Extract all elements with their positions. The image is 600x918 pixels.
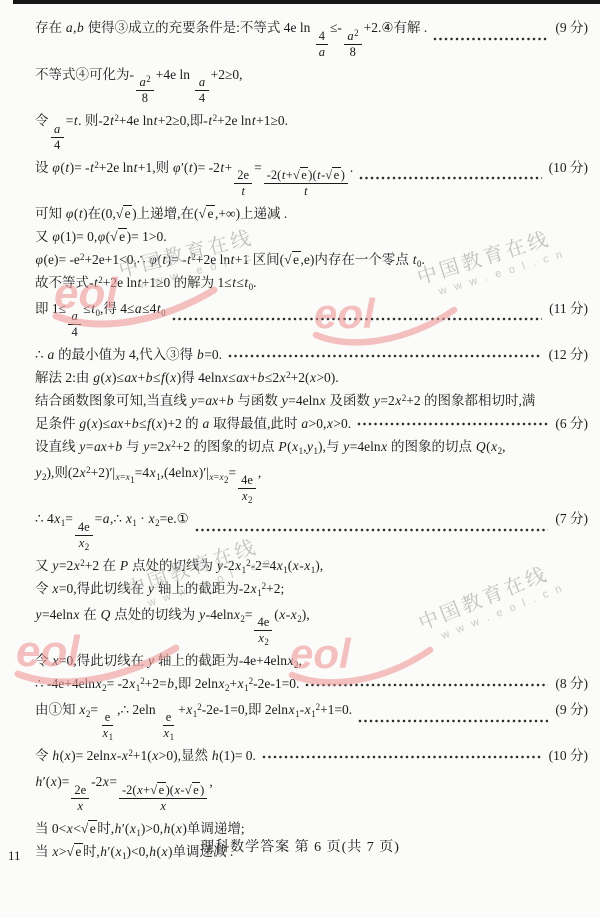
math-text: 又 y=2x2+2 在 P 点处的切线为 y-2x12-2=4x1(x-x1), bbox=[35, 556, 323, 577]
dot-leader bbox=[359, 176, 541, 180]
math-text: ∴ 4x1=4ex2=a,∴ x1 · x2=e.① bbox=[35, 509, 189, 551]
math-text: 令 x=0,得此切线在 y 轴上的截距为-4e+4elnx2, bbox=[35, 651, 302, 672]
score-label: (11 分) bbox=[549, 299, 588, 320]
content-line-10: ∴ a 的最小值为 4,代入③得 b=0.(12 分) bbox=[35, 345, 588, 366]
math-text: 设 φ(t)= -t2+2e lnt+1,则 φ′(t)= -2t+2et=-2… bbox=[35, 158, 353, 200]
math-text: 足条件 g(x)≤ax+b≤f(x)+2 的 a 取得最值,此时 a>0,x>0… bbox=[35, 414, 351, 435]
content-line-23: 令 h(x)= 2elnx-x2+1(x>0),显然 h(1)= 0.(10 分… bbox=[35, 746, 588, 767]
math-text: 设直线 y=ax+b 与 y=2x2+2 的图象的切点 P(x1,y1),与 y… bbox=[35, 437, 505, 458]
score-label: (6 分) bbox=[555, 414, 588, 435]
content-line-4: 设 φ(t)= -t2+2e lnt+1,则 φ′(t)= -2t+2et=-2… bbox=[35, 158, 588, 200]
math-text: 解法 2:由 g(x)≤ax+b≤f(x)得 4elnx≤ax+b≤2x2+2(… bbox=[35, 368, 339, 389]
content-line-20: 令 x=0,得此切线在 y 轴上的截距为-4e+4elnx2, bbox=[35, 651, 588, 672]
score-label: (12 分) bbox=[549, 345, 588, 366]
math-text: h′(x)=2ex-2x=-2(x+√e)(x-√e)x, bbox=[35, 772, 213, 814]
content-line-22: 由①知 x2=ex1,∴ 2eln ex1+x12-2e-1=0,即 2elnx… bbox=[35, 700, 588, 742]
score-label: (9 分) bbox=[555, 700, 588, 721]
content-line-13: 足条件 g(x)≤ax+b≤f(x)+2 的 a 取得最值,此时 a>0,x>0… bbox=[35, 414, 588, 435]
math-text: 故不等式-t2+2e lnt+1≥0 的解为 1≤t≤t0. bbox=[35, 273, 257, 294]
score-label: (9 分) bbox=[555, 18, 588, 39]
math-text: ∴ a 的最小值为 4,代入③得 b=0. bbox=[35, 345, 222, 366]
math-text: 令 h(x)= 2elnx-x2+1(x>0),显然 h(1)= 0. bbox=[35, 746, 256, 767]
math-text: 令a4=t. 则-2t2+4e lnt+2≥0,即-t2+2e lnt+1≥0. bbox=[35, 111, 288, 153]
math-text: 不等式④可化为-a28+4e ln a4+2≥0, bbox=[35, 65, 243, 107]
math-text: φ(e)= -e2+2e+1<0,∴ φ(t)= -t2+2e lnt+1 区间… bbox=[35, 250, 425, 271]
content-line-11: 解法 2:由 g(x)≤ax+b≤f(x)得 4elnx≤ax+b≤2x2+2(… bbox=[35, 368, 588, 389]
math-text: y=4elnx 在 Q 点处的切线为 y-4elnx2=4ex2(x-x2), bbox=[35, 605, 310, 647]
content-line-21: ∴ -4e+4elnx2= -2x12+2=b,即 2elnx2+x12-2e-… bbox=[35, 674, 588, 695]
score-label: (10 分) bbox=[549, 158, 588, 179]
math-text: ∴ -4e+4elnx2= -2x12+2=b,即 2elnx2+x12-2e-… bbox=[35, 674, 299, 695]
score-label: (7 分) bbox=[555, 509, 588, 530]
content-line-6: 又 φ(1)= 0,φ(√e)= 1>0. bbox=[35, 227, 588, 248]
score-label: (8 分) bbox=[555, 674, 588, 695]
dot-leader bbox=[172, 317, 543, 321]
content-line-18: 令 x=0,得此切线在 y 轴上的截距为-2x12+2; bbox=[35, 579, 588, 600]
math-text: 又 φ(1)= 0,φ(√e)= 1>0. bbox=[35, 227, 167, 248]
dot-leader bbox=[357, 422, 548, 426]
corner-page-number: 11 bbox=[8, 848, 21, 864]
dot-leader bbox=[262, 755, 542, 759]
content-line-8: 故不等式-t2+2e lnt+1≥0 的解为 1≤t≤t0. bbox=[35, 273, 588, 294]
math-text: 存在 a,b 使得③成立的充要条件是:不等式 4e ln 4a≤-a28+2.④… bbox=[35, 18, 427, 60]
math-text: 可知 φ(t)在(0,√e)上递增,在(√e,+∞)上递减 . bbox=[35, 204, 287, 225]
content-line-3: 令a4=t. 则-2t2+4e lnt+2≥0,即-t2+2e lnt+1≥0. bbox=[35, 111, 588, 153]
content-line-24: h′(x)=2ex-2x=-2(x+√e)(x-√e)x, bbox=[35, 772, 588, 814]
math-text: 即 1≤a4≤t0,得 4≤a≤4t0 bbox=[35, 299, 166, 341]
content-line-16: ∴ 4x1=4ex2=a,∴ x1 · x2=e.①(7 分) bbox=[35, 509, 588, 551]
content-line-15: y2),则(2x2+2)′|x=x1=4x1,(4elnx)′|x=x2=4ex… bbox=[35, 463, 588, 505]
dot-leader bbox=[195, 528, 549, 532]
content-line-5: 可知 φ(t)在(0,√e)上递增,在(√e,+∞)上递减 . bbox=[35, 204, 588, 225]
math-text: y2),则(2x2+2)′|x=x1=4x1,(4elnx)′|x=x2=4ex… bbox=[35, 463, 261, 505]
math-text: 结合函数图象可知,当直线 y=ax+b 与函数 y=4elnx 及函数 y=2x… bbox=[35, 391, 535, 412]
score-label: (10 分) bbox=[549, 746, 588, 767]
answer-lines: 存在 a,b 使得③成立的充要条件是:不等式 4e ln 4a≤-a28+2.④… bbox=[35, 13, 588, 865]
content-line-12: 结合函数图象可知,当直线 y=ax+b 与函数 y=4elnx 及函数 y=2x… bbox=[35, 391, 588, 412]
content-line-19: y=4elnx 在 Q 点处的切线为 y-4elnx2=4ex2(x-x2), bbox=[35, 605, 588, 647]
content-line-7: φ(e)= -e2+2e+1<0,∴ φ(t)= -t2+2e lnt+1 区间… bbox=[35, 250, 588, 271]
content-line-17: 又 y=2x2+2 在 P 点处的切线为 y-2x12-2=4x1(x-x1), bbox=[35, 556, 588, 577]
dot-leader bbox=[228, 354, 542, 358]
content-line-2: 不等式④可化为-a28+4e ln a4+2≥0, bbox=[35, 65, 588, 107]
dot-leader bbox=[305, 683, 548, 687]
scan-edge-bar bbox=[13, 0, 600, 4]
math-text: 令 x=0,得此切线在 y 轴上的截距为-2x12+2; bbox=[35, 579, 284, 600]
math-text: 由①知 x2=ex1,∴ 2eln ex1+x12-2e-1=0,即 2elnx… bbox=[35, 700, 352, 742]
content-line-9: 即 1≤a4≤t0,得 4≤a≤4t0(11 分) bbox=[35, 299, 588, 341]
content-line-1: 存在 a,b 使得③成立的充要条件是:不等式 4e ln 4a≤-a28+2.④… bbox=[35, 18, 588, 60]
dot-leader bbox=[433, 37, 548, 41]
page-footer: 理科数学答案 第 6 页(共 7 页) bbox=[0, 836, 600, 856]
content-line-14: 设直线 y=ax+b 与 y=2x2+2 的图象的切点 P(x1,y1),与 y… bbox=[35, 437, 588, 458]
dot-leader bbox=[358, 719, 548, 723]
